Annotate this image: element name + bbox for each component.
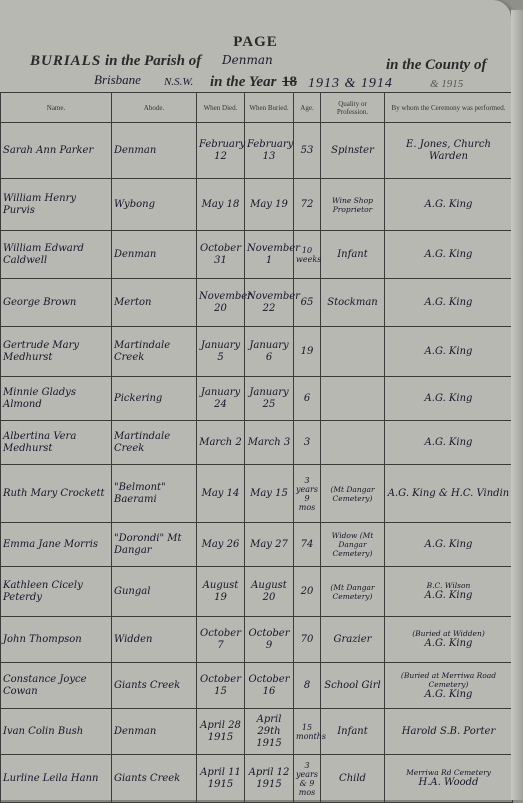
- column-header-when-buried: When Buried.: [245, 93, 294, 123]
- cell-text: November 22: [247, 291, 300, 314]
- cell-text: Wine Shop Proprietor: [323, 196, 382, 214]
- year-prefix: 18: [282, 74, 297, 91]
- cell-name: Emma Jane Morris: [1, 523, 112, 567]
- officiant-name: A.G. King: [425, 689, 473, 700]
- cell-text: August 20: [251, 580, 287, 603]
- cell-text: 72: [301, 199, 314, 210]
- cell-profession: Widow (Mt Dangar Cemetery): [321, 523, 385, 567]
- cell-text: William Henry Purvis: [3, 193, 76, 216]
- cell-text: October 7: [200, 628, 241, 651]
- cell-profession: Child: [321, 755, 385, 801]
- cell-when-died: March 2: [197, 421, 245, 465]
- county-value: Brisbane: [94, 72, 141, 88]
- cell-abode: Widden: [112, 617, 197, 663]
- cell-text: 3: [304, 437, 310, 448]
- cell-when-buried: October 9: [245, 617, 294, 663]
- cell-profession: Spinster: [321, 123, 385, 179]
- officiant-name: A.G. King: [425, 590, 473, 601]
- column-header-officiant: By whom the Ceremony was performed.: [385, 93, 513, 123]
- parish-line: BURIALS in the Parish of: [30, 53, 201, 70]
- cell-text: Lurline Leila Hann: [3, 773, 98, 784]
- cell-text: 8: [304, 680, 310, 691]
- cell-text: 70: [301, 634, 314, 645]
- cell-name: John Thompson: [1, 617, 112, 663]
- cell-when-buried: April 29th 1915: [245, 709, 294, 755]
- cell-name: Sarah Ann Parker: [1, 123, 112, 179]
- cell-text: Widow (Mt Dangar Cemetery): [323, 531, 382, 558]
- cell-text: Albertina Vera Medhurst: [3, 431, 76, 454]
- cell-officiant: A.G. King: [385, 421, 513, 465]
- cell-when-died: May 18: [197, 179, 245, 231]
- cell-text: George Brown: [3, 297, 76, 308]
- cell-name: Constance Joyce Cowan: [1, 663, 112, 709]
- state-value: N.S.W.: [164, 76, 193, 88]
- cell-officiant: Harold S.B. Porter: [385, 709, 513, 755]
- cell-name: William Henry Purvis: [1, 179, 112, 231]
- cell-when-buried: January 6: [245, 327, 294, 377]
- cell-profession: Infant: [321, 709, 385, 755]
- cell-text: Pickering: [114, 393, 162, 404]
- column-header-abode: Abode.: [112, 93, 197, 123]
- cell-when-died: October 31: [197, 231, 245, 279]
- cell-profession: Grazier: [321, 617, 385, 663]
- table-row: Ivan Colin BushDenmanApril 28 1915April …: [1, 709, 513, 755]
- cell-age: 65: [294, 279, 321, 327]
- table-row: Albertina Vera MedhurstMartindale CreekM…: [1, 421, 513, 465]
- cell-name: Albertina Vera Medhurst: [1, 421, 112, 465]
- cell-text: Giants Creek: [114, 680, 180, 691]
- cell-text: March 3: [248, 437, 291, 448]
- cell-profession: (Mt Dangar Cemetery): [321, 465, 385, 523]
- cell-text: (Mt Dangar Cemetery): [323, 485, 382, 503]
- officiant-name: H.A. Woodd: [419, 777, 479, 788]
- cell-when-buried: January 25: [245, 377, 294, 421]
- cell-text: Gertrude Mary Medhurst: [3, 340, 79, 363]
- cell-officiant: B.C. WilsonA.G. King: [385, 567, 513, 617]
- cell-text: February 12: [199, 139, 245, 162]
- cell-text: Denman: [114, 145, 156, 156]
- cell-text: 6: [304, 393, 310, 404]
- cell-age: 6: [294, 377, 321, 421]
- cell-when-buried: March 3: [245, 421, 294, 465]
- cell-when-died: January 5: [197, 327, 245, 377]
- cell-text: April 29th 1915: [256, 714, 281, 749]
- cell-officiant: A.G. King: [385, 377, 513, 421]
- cell-text: May 14: [202, 488, 240, 499]
- cell-officiant: Merriwa Rd CemeteryH.A. Woodd: [385, 755, 513, 801]
- cell-when-died: October 15: [197, 663, 245, 709]
- cell-text: August 19: [203, 580, 239, 603]
- cell-text: Stockman: [327, 297, 377, 308]
- cell-officiant: (Buried at Merriwa Road Cemetery)A.G. Ki…: [385, 663, 513, 709]
- cell-text: John Thompson: [3, 634, 82, 645]
- cell-profession: Wine Shop Proprietor: [321, 179, 385, 231]
- cell-text: 3 years 9 mos: [296, 476, 318, 512]
- cell-text: Ivan Colin Bush: [3, 726, 83, 737]
- cell-officiant: A.G. King: [385, 279, 513, 327]
- table-row: William Edward CaldwellDenmanOctober 31N…: [1, 231, 513, 279]
- cell-text: Constance Joyce Cowan: [3, 674, 87, 697]
- cell-age: 3 years 9 mos: [294, 465, 321, 523]
- table-row: Lurline Leila HannGiants CreekApril 11 1…: [1, 755, 513, 801]
- cell-text: May 19: [250, 199, 288, 210]
- cell-when-died: April 11 1915: [197, 755, 245, 801]
- cell-profession: (Mt Dangar Cemetery): [321, 567, 385, 617]
- cell-when-buried: February 13: [245, 123, 294, 179]
- cell-text: April 28 1915: [200, 720, 241, 743]
- cell-text: Martindale Creek: [114, 431, 170, 454]
- cell-text: May 27: [250, 539, 288, 550]
- table-row: Emma Jane Morris"Dorondi" Mt DangarMay 2…: [1, 523, 513, 567]
- cell-text: 3 years & 9 mos: [296, 761, 318, 797]
- cell-text: A.G. King: [425, 346, 473, 357]
- officiant-note: Merriwa Rd Cemetery: [387, 768, 510, 777]
- year-label: in the Year: [210, 74, 276, 91]
- burial-register-table: Name. Abode. When Died. When Buried. Age…: [0, 92, 513, 800]
- cell-age: 15 months: [294, 709, 321, 755]
- register-page: PAGE BURIALS in the Parish of Denman in …: [0, 0, 511, 800]
- cell-text: Widden: [114, 634, 152, 645]
- cell-text: November 1: [247, 243, 300, 266]
- cell-text: Denman: [114, 249, 156, 260]
- cell-text: Giants Creek: [114, 773, 180, 784]
- officiant-note: (Buried at Widden): [387, 629, 510, 638]
- page-heading: PAGE: [0, 34, 511, 51]
- cell-text: February 13: [247, 139, 293, 162]
- cell-text: Wybong: [114, 199, 155, 210]
- cell-name: Minnie Gladys Almond: [1, 377, 112, 421]
- cell-abode: Martindale Creek: [112, 327, 197, 377]
- cell-text: E. Jones, Church Warden: [406, 139, 491, 162]
- parish-value: Denman: [222, 53, 273, 67]
- cell-abode: Denman: [112, 709, 197, 755]
- cell-text: Denman: [114, 726, 156, 737]
- cell-text: 65: [301, 297, 314, 308]
- cell-when-buried: May 15: [245, 465, 294, 523]
- cell-when-buried: May 19: [245, 179, 294, 231]
- cell-name: George Brown: [1, 279, 112, 327]
- year-value-extra: & 1915: [430, 78, 463, 90]
- cell-age: 53: [294, 123, 321, 179]
- cell-name: Ruth Mary Crockett: [1, 465, 112, 523]
- cell-text: January 6: [249, 340, 288, 363]
- table-header-row: Name. Abode. When Died. When Buried. Age…: [1, 93, 513, 123]
- cell-officiant: (Buried at Widden)A.G. King: [385, 617, 513, 663]
- cell-text: "Dorondi" Mt Dangar: [114, 533, 182, 556]
- cell-text: May 18: [202, 199, 240, 210]
- table-row: Minnie Gladys AlmondPickeringJanuary 24J…: [1, 377, 513, 421]
- cell-age: 74: [294, 523, 321, 567]
- table-row: Gertrude Mary MedhurstMartindale CreekJa…: [1, 327, 513, 377]
- cell-officiant: A.G. King: [385, 179, 513, 231]
- cell-when-died: April 28 1915: [197, 709, 245, 755]
- cell-text: A.G. King & H.C. Vindin: [388, 488, 509, 499]
- cell-text: (Mt Dangar Cemetery): [323, 583, 382, 601]
- cell-age: 3: [294, 421, 321, 465]
- table-row: Sarah Ann ParkerDenmanFebruary 12Februar…: [1, 123, 513, 179]
- cell-age: 70: [294, 617, 321, 663]
- cell-profession: Stockman: [321, 279, 385, 327]
- cell-text: Spinster: [331, 145, 374, 156]
- cell-abode: Denman: [112, 231, 197, 279]
- cell-text: Minnie Gladys Almond: [3, 387, 76, 410]
- cell-text: October 15: [200, 674, 241, 697]
- cell-text: 15 months: [296, 723, 318, 741]
- cell-text: Gungal: [114, 586, 150, 597]
- cell-text: Merton: [114, 297, 151, 308]
- cell-text: 74: [301, 539, 314, 550]
- table-row: George BrownMertonNovember 20November 22…: [1, 279, 513, 327]
- cell-abode: "Dorondi" Mt Dangar: [112, 523, 197, 567]
- cell-profession: [321, 421, 385, 465]
- cell-when-died: May 26: [197, 523, 245, 567]
- cell-name: Lurline Leila Hann: [1, 755, 112, 801]
- cell-officiant: A.G. King: [385, 523, 513, 567]
- cell-abode: Pickering: [112, 377, 197, 421]
- column-header-age: Age.: [294, 93, 321, 123]
- officiant-note: (Buried at Merriwa Road Cemetery): [387, 671, 510, 689]
- cell-text: May 26: [202, 539, 240, 550]
- cell-name: Gertrude Mary Medhurst: [1, 327, 112, 377]
- cell-age: 72: [294, 179, 321, 231]
- cell-name: Ivan Colin Bush: [1, 709, 112, 755]
- officiant-note: B.C. Wilson: [387, 581, 510, 590]
- cell-age: 20: [294, 567, 321, 617]
- cell-officiant: A.G. King: [385, 231, 513, 279]
- cell-abode: Martindale Creek: [112, 421, 197, 465]
- cell-when-buried: November 22: [245, 279, 294, 327]
- cell-text: October 16: [249, 674, 290, 697]
- cell-text: A.G. King: [425, 297, 473, 308]
- cell-when-buried: April 12 1915: [245, 755, 294, 801]
- cell-abode: Giants Creek: [112, 755, 197, 801]
- cell-when-died: August 19: [197, 567, 245, 617]
- cell-text: William Edward Caldwell: [3, 243, 84, 266]
- cell-when-buried: August 20: [245, 567, 294, 617]
- cell-text: A.G. King: [425, 199, 473, 210]
- cell-when-died: February 12: [197, 123, 245, 179]
- cell-text: Grazier: [334, 634, 372, 645]
- parish-label: in the Parish of: [105, 53, 201, 69]
- cell-age: 19: [294, 327, 321, 377]
- cell-when-died: November 20: [197, 279, 245, 327]
- cell-text: Sarah Ann Parker: [3, 145, 93, 156]
- cell-text: Infant: [337, 249, 368, 260]
- cell-name: Kathleen Cicely Peterdy: [1, 567, 112, 617]
- cell-abode: Denman: [112, 123, 197, 179]
- county-label: in the County of: [386, 57, 486, 74]
- column-header-profession: Quality or Profession.: [321, 93, 385, 123]
- officiant-name: A.G. King: [425, 638, 473, 649]
- cell-profession: Infant: [321, 231, 385, 279]
- column-header-when-died: When Died.: [197, 93, 245, 123]
- cell-officiant: E. Jones, Church Warden: [385, 123, 513, 179]
- year-value: 1913 & 1914: [308, 76, 393, 92]
- cell-text: "Belmont" Baerami: [114, 482, 166, 505]
- cell-profession: School Girl: [321, 663, 385, 709]
- cell-text: March 2: [199, 437, 242, 448]
- cell-age: 8: [294, 663, 321, 709]
- cell-text: Ruth Mary Crockett: [3, 488, 104, 499]
- cell-officiant: A.G. King: [385, 327, 513, 377]
- cell-text: School Girl: [324, 680, 380, 691]
- table-row: William Henry PurvisWybongMay 18May 1972…: [1, 179, 513, 231]
- cell-text: A.G. King: [425, 437, 473, 448]
- cell-text: 19: [301, 346, 314, 357]
- cell-when-died: May 14: [197, 465, 245, 523]
- cell-when-died: January 24: [197, 377, 245, 421]
- table-row: Constance Joyce CowanGiants CreekOctober…: [1, 663, 513, 709]
- cell-text: January 25: [249, 387, 288, 410]
- cell-age: 10 weeks: [294, 231, 321, 279]
- cell-when-buried: November 1: [245, 231, 294, 279]
- cell-text: Kathleen Cicely Peterdy: [3, 580, 83, 603]
- cell-officiant: A.G. King & H.C. Vindin: [385, 465, 513, 523]
- cell-when-buried: October 16: [245, 663, 294, 709]
- cell-text: 20: [301, 586, 314, 597]
- cell-when-buried: May 27: [245, 523, 294, 567]
- cell-profession: [321, 327, 385, 377]
- cell-text: A.G. King: [425, 249, 473, 260]
- cell-text: October 31: [200, 243, 241, 266]
- cell-abode: Wybong: [112, 179, 197, 231]
- cell-text: Child: [339, 773, 366, 784]
- cell-age: 3 years & 9 mos: [294, 755, 321, 801]
- column-header-name: Name.: [1, 93, 112, 123]
- burials-label: BURIALS: [30, 53, 101, 69]
- cell-text: January 5: [201, 340, 240, 363]
- cell-abode: Giants Creek: [112, 663, 197, 709]
- cell-abode: Merton: [112, 279, 197, 327]
- cell-text: 53: [301, 145, 314, 156]
- cell-profession: [321, 377, 385, 421]
- cell-text: April 11 1915: [200, 767, 241, 790]
- cell-abode: Gungal: [112, 567, 197, 617]
- table-row: Kathleen Cicely PeterdyGungalAugust 19Au…: [1, 567, 513, 617]
- cell-text: May 15: [250, 488, 288, 499]
- cell-text: Harold S.B. Porter: [402, 726, 495, 737]
- cell-text: April 12 1915: [249, 767, 290, 790]
- cell-abode: "Belmont" Baerami: [112, 465, 197, 523]
- table-row: Ruth Mary Crockett"Belmont" BaeramiMay 1…: [1, 465, 513, 523]
- cell-text: Emma Jane Morris: [3, 539, 98, 550]
- cell-text: Martindale Creek: [114, 340, 170, 363]
- cell-text: A.G. King: [425, 393, 473, 404]
- cell-text: October 9: [249, 628, 290, 651]
- cell-text: A.G. King: [425, 539, 473, 550]
- cell-text: January 24: [201, 387, 240, 410]
- cell-name: William Edward Caldwell: [1, 231, 112, 279]
- table-row: John ThompsonWiddenOctober 7October 970G…: [1, 617, 513, 663]
- cell-text: Infant: [337, 726, 368, 737]
- cell-when-died: October 7: [197, 617, 245, 663]
